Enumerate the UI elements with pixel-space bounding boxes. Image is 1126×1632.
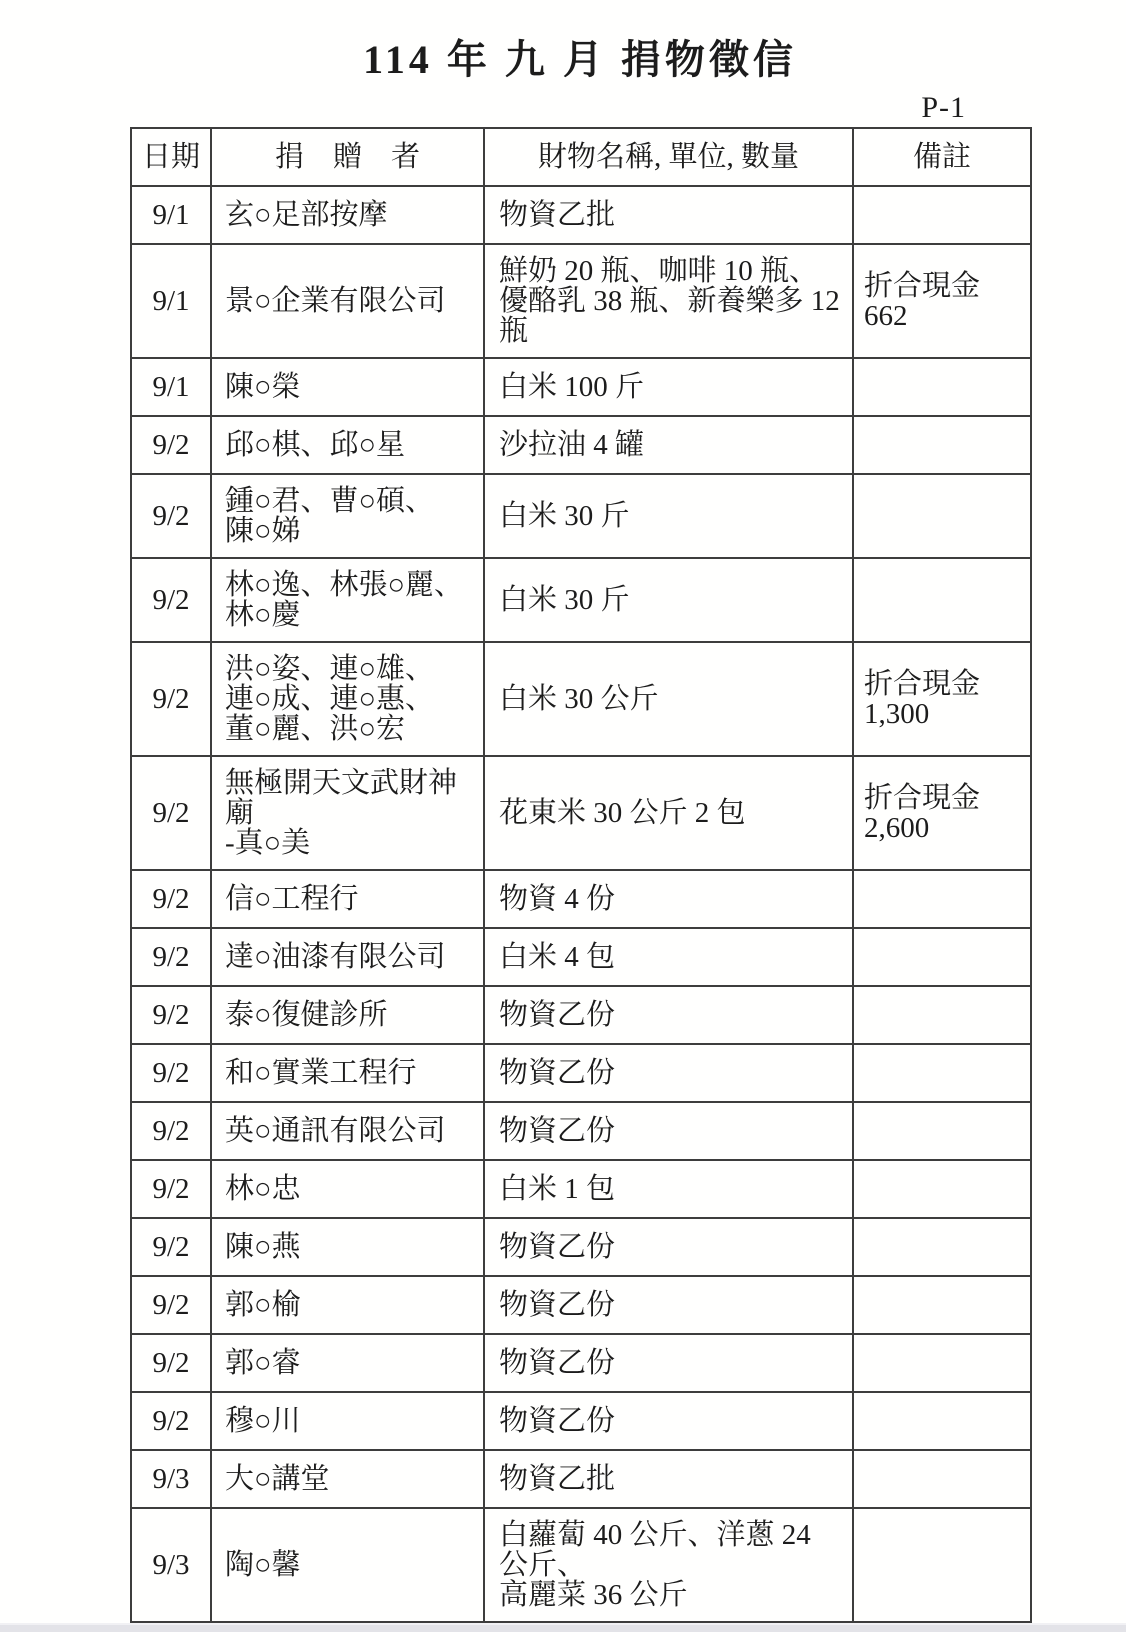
column-header-date: 日期 [131,128,211,186]
date-cell: 9/2 [131,986,211,1044]
date-cell: 9/2 [131,1276,211,1334]
remark-cell: 折合現金 662 [853,244,1031,358]
table-row: 9/3 陶○馨 白蘿蔔 40 公斤、洋蔥 24 公斤、 高麗菜 36 公斤 [131,1508,1031,1622]
items-cell: 白米 1 包 [484,1160,853,1218]
date-cell: 9/3 [131,1450,211,1508]
items-cell: 白蘿蔔 40 公斤、洋蔥 24 公斤、 高麗菜 36 公斤 [484,1508,853,1622]
bottom-bar [0,1623,1126,1632]
table-row: 9/2 英○通訊有限公司 物資乙份 [131,1102,1031,1160]
table-row: 9/2 林○逸、林張○麗、 林○慶 白米 30 斤 [131,558,1031,642]
date-cell: 9/2 [131,1392,211,1450]
table-row: 9/2 信○工程行 物資 4 份 [131,870,1031,928]
table-row: 9/2 達○油漆有限公司 白米 4 包 [131,928,1031,986]
date-cell: 9/2 [131,1334,211,1392]
items-cell: 鮮奶 20 瓶、咖啡 10 瓶、 優酪乳 38 瓶、新養樂多 12 瓶 [484,244,853,358]
items-cell: 物資乙批 [484,186,853,244]
table-row: 9/2 陳○燕 物資乙份 [131,1218,1031,1276]
items-cell: 物資乙份 [484,1044,853,1102]
date-cell: 9/2 [131,756,211,870]
table-row: 9/2 穆○川 物資乙份 [131,1392,1031,1450]
table-row: 9/1 陳○榮 白米 100 斤 [131,358,1031,416]
items-cell: 物資乙份 [484,1218,853,1276]
items-cell: 物資乙份 [484,986,853,1044]
remark-cell [853,1160,1031,1218]
donation-table: 日期 捐 贈 者 財物名稱, 單位, 數量 備註 9/1 玄○足部按摩 物資乙批… [130,127,1032,1623]
donor-cell: 陳○榮 [211,358,484,416]
donor-cell: 大○講堂 [211,1450,484,1508]
items-cell: 物資乙批 [484,1450,853,1508]
remark-cell: 折合現金 1,300 [853,642,1031,756]
table-row: 9/2 洪○姿、連○雄、 連○成、連○惠、 董○麗、洪○宏 白米 30 公斤 折… [131,642,1031,756]
table-row: 9/2 邱○棋、邱○星 沙拉油 4 罐 [131,416,1031,474]
remark-cell [853,1508,1031,1622]
date-cell: 9/2 [131,474,211,558]
items-cell: 白米 30 公斤 [484,642,853,756]
donor-cell: 陶○馨 [211,1508,484,1622]
date-cell: 9/2 [131,1160,211,1218]
donor-cell: 鍾○君、曹○碩、 陳○娣 [211,474,484,558]
date-cell: 9/2 [131,928,211,986]
remark-cell: 折合現金 2,600 [853,756,1031,870]
items-cell: 物資乙份 [484,1334,853,1392]
remark-cell [853,1044,1031,1102]
column-header-remark: 備註 [853,128,1031,186]
donor-cell: 林○忠 [211,1160,484,1218]
date-cell: 9/2 [131,870,211,928]
items-cell: 白米 100 斤 [484,358,853,416]
items-cell: 花東米 30 公斤 2 包 [484,756,853,870]
date-cell: 9/2 [131,416,211,474]
table-row: 9/2 郭○榆 物資乙份 [131,1276,1031,1334]
remark-cell [853,1392,1031,1450]
table-row: 9/2 和○實業工程行 物資乙份 [131,1044,1031,1102]
date-cell: 9/2 [131,642,211,756]
date-cell: 9/1 [131,244,211,358]
items-cell: 物資乙份 [484,1276,853,1334]
items-cell: 白米 4 包 [484,928,853,986]
document-page: 114 年 九 月 捐物徵信 P-1 日期 捐 贈 者 財物名稱, 單位, 數量… [0,0,1126,1632]
date-cell: 9/1 [131,186,211,244]
remark-cell [853,186,1031,244]
donor-cell: 林○逸、林張○麗、 林○慶 [211,558,484,642]
donor-cell: 英○通訊有限公司 [211,1102,484,1160]
table-row: 9/2 鍾○君、曹○碩、 陳○娣 白米 30 斤 [131,474,1031,558]
donor-cell: 穆○川 [211,1392,484,1450]
donor-cell: 玄○足部按摩 [211,186,484,244]
donor-cell: 和○實業工程行 [211,1044,484,1102]
donor-cell: 郭○睿 [211,1334,484,1392]
date-cell: 9/2 [131,558,211,642]
remark-cell [853,1102,1031,1160]
donor-cell: 景○企業有限公司 [211,244,484,358]
items-cell: 物資 4 份 [484,870,853,928]
donor-cell: 信○工程行 [211,870,484,928]
remark-cell [853,928,1031,986]
remark-cell [853,558,1031,642]
date-cell: 9/1 [131,358,211,416]
remark-cell [853,870,1031,928]
date-cell: 9/2 [131,1102,211,1160]
donor-cell: 泰○復健診所 [211,986,484,1044]
table-row: 9/2 泰○復健診所 物資乙份 [131,986,1031,1044]
date-cell: 9/3 [131,1508,211,1622]
donor-cell: 無極開天文武財神廟 -真○美 [211,756,484,870]
remark-cell [853,1450,1031,1508]
page-number: P-1 [130,91,1030,125]
date-cell: 9/2 [131,1044,211,1102]
remark-cell [853,1276,1031,1334]
table-row: 9/2 林○忠 白米 1 包 [131,1160,1031,1218]
donor-cell: 洪○姿、連○雄、 連○成、連○惠、 董○麗、洪○宏 [211,642,484,756]
donor-cell: 陳○燕 [211,1218,484,1276]
remark-cell [853,986,1031,1044]
items-cell: 物資乙份 [484,1392,853,1450]
donor-cell: 邱○棋、邱○星 [211,416,484,474]
column-header-items: 財物名稱, 單位, 數量 [484,128,853,186]
remark-cell [853,416,1031,474]
donation-table-body: 9/1 玄○足部按摩 物資乙批 9/1 景○企業有限公司 鮮奶 20 瓶、咖啡 … [131,186,1031,1622]
column-header-donor: 捐 贈 者 [211,128,484,186]
donor-cell: 郭○榆 [211,1276,484,1334]
donation-table-header: 日期 捐 贈 者 財物名稱, 單位, 數量 備註 [131,128,1031,186]
items-cell: 白米 30 斤 [484,558,853,642]
page-title: 114 年 九 月 捐物徵信 [130,28,1030,85]
header-row: 日期 捐 贈 者 財物名稱, 單位, 數量 備註 [131,128,1031,186]
table-row: 9/1 景○企業有限公司 鮮奶 20 瓶、咖啡 10 瓶、 優酪乳 38 瓶、新… [131,244,1031,358]
remark-cell [853,1334,1031,1392]
items-cell: 沙拉油 4 罐 [484,416,853,474]
items-cell: 白米 30 斤 [484,474,853,558]
donor-cell: 達○油漆有限公司 [211,928,484,986]
table-row: 9/2 郭○睿 物資乙份 [131,1334,1031,1392]
table-row: 9/3 大○講堂 物資乙批 [131,1450,1031,1508]
remark-cell [853,1218,1031,1276]
remark-cell [853,474,1031,558]
date-cell: 9/2 [131,1218,211,1276]
table-row: 9/2 無極開天文武財神廟 -真○美 花東米 30 公斤 2 包 折合現金 2,… [131,756,1031,870]
items-cell: 物資乙份 [484,1102,853,1160]
table-row: 9/1 玄○足部按摩 物資乙批 [131,186,1031,244]
remark-cell [853,358,1031,416]
